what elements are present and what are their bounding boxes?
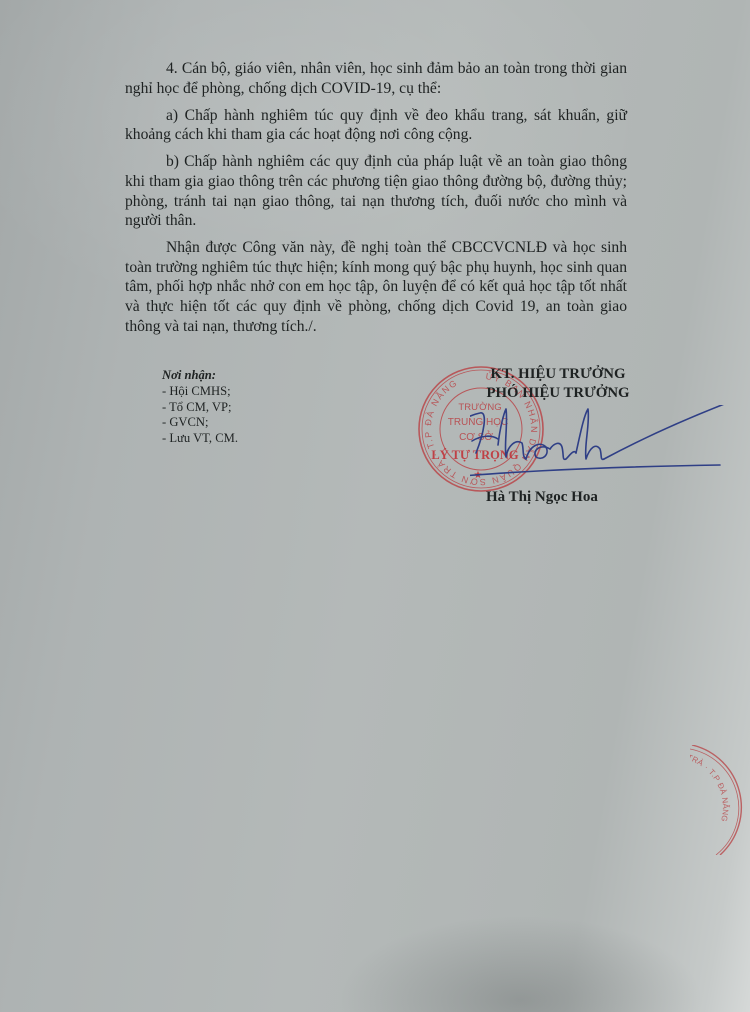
recipient-item: - Lưu VT, CM.: [162, 431, 238, 447]
handwritten-signature: [470, 405, 740, 485]
recipients-title: Nơi nhận:: [162, 368, 238, 384]
paragraph-item-b: b) Chấp hành nghiêm các quy định của phá…: [125, 152, 627, 230]
document-body: 4. Cán bộ, giáo viên, nhân viên, học sin…: [125, 59, 627, 344]
signer-name: Hà Thị Ngọc Hoa: [486, 489, 598, 506]
partial-seal-stamp: TRÀ · T.P ĐÀ NẴNG: [690, 745, 750, 855]
signature-title-line2: PHÓ HIỆU TRƯỞNG: [438, 384, 678, 403]
signature-block: KT. HIỆU TRƯỞNG PHÓ HIỆU TRƯỞNG: [438, 365, 678, 403]
recipient-item: - GVCN;: [162, 415, 238, 431]
paragraph-item-a: a) Chấp hành nghiêm túc quy định về đeo …: [125, 106, 627, 145]
recipient-item: - Tổ CM, VP;: [162, 400, 238, 416]
paragraph-closing: Nhận được Công văn này, đề nghị toàn thể…: [125, 238, 627, 336]
recipient-item: - Hội CMHS;: [162, 384, 238, 400]
paragraph-item-4: 4. Cán bộ, giáo viên, nhân viên, học sin…: [125, 59, 627, 98]
recipients-block: Nơi nhận: - Hội CMHS; - Tổ CM, VP; - GVC…: [162, 368, 238, 447]
signature-title-line1: KT. HIỆU TRƯỞNG: [438, 365, 678, 384]
